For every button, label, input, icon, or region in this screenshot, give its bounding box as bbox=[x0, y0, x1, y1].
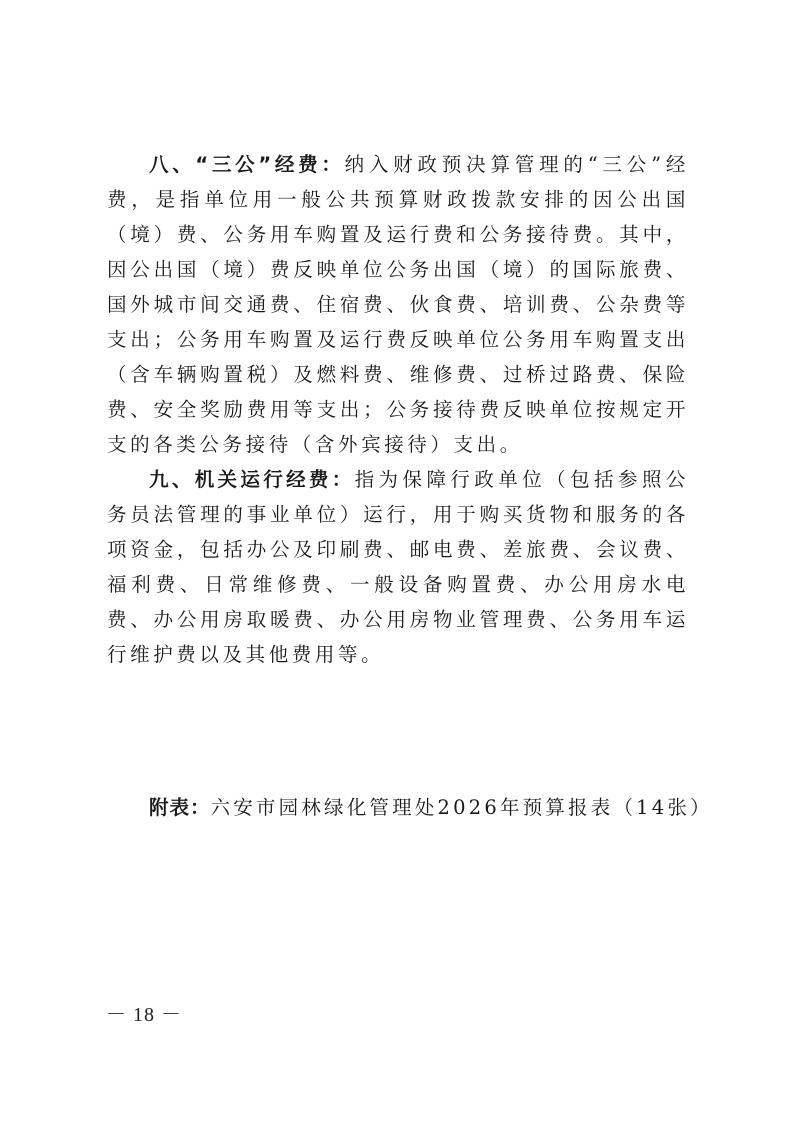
attachment-label: 附表： bbox=[149, 796, 211, 819]
section-text: 纳入财政预决算管理的“三公”经费，是指单位用一般公共预算财政拨款安排的因公出国（… bbox=[107, 153, 689, 456]
page-number: － 18 － bbox=[106, 998, 182, 1027]
document-page: 八、“三公”经费：纳入财政预决算管理的“三公”经费，是指单位用一般公共预算财政拨… bbox=[0, 0, 793, 1122]
section-term: 九、机关运行经费： bbox=[149, 468, 355, 491]
section-operating-expenses: 九、机关运行经费：指为保障行政单位（包括参照公务员法管理的事业单位）运行，用于购… bbox=[107, 462, 689, 672]
section-term: 八、“三公”经费： bbox=[149, 153, 345, 176]
section-text: 指为保障行政单位（包括参照公务员法管理的事业单位）运行，用于购买货物和服务的各项… bbox=[107, 468, 689, 666]
section-three-public-expenses: 八、“三公”经费：纳入财政预决算管理的“三公”经费，是指单位用一般公共预算财政拨… bbox=[107, 147, 689, 462]
attachment-note: 附表：六安市园林绿化管理处2026年预算报表（14张） bbox=[149, 790, 709, 825]
attachment-text: 六安市园林绿化管理处2026年预算报表（14张） bbox=[211, 796, 713, 819]
document-body: 八、“三公”经费：纳入财政预决算管理的“三公”经费，是指单位用一般公共预算财政拨… bbox=[107, 147, 689, 672]
